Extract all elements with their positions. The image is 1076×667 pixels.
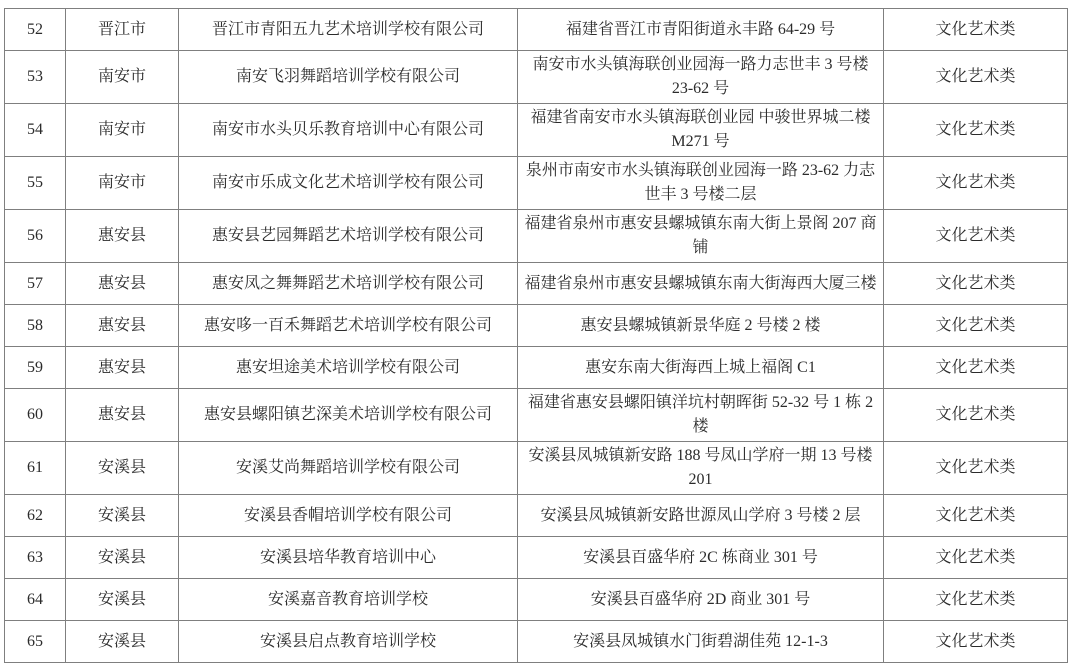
row-number-cell: 52 [5,9,66,51]
row-address-cell: 安溪县百盛华府 2C 栋商业 301 号 [518,537,884,579]
row-number-cell: 62 [5,495,66,537]
row-city-cell: 惠安县 [66,210,179,263]
row-category-cell: 文化艺术类 [884,263,1068,305]
table-row: 61 安溪县 安溪艾尚舞蹈培训学校有限公司 安溪县凤城镇新安路 188 号凤山学… [5,442,1068,495]
row-category-cell: 文化艺术类 [884,210,1068,263]
row-school-name-cell: 惠安坦途美术培训学校有限公司 [179,347,518,389]
row-number-cell: 54 [5,104,66,157]
table-row: 56 惠安县 惠安县艺园舞蹈艺术培训学校有限公司 福建省泉州市惠安县螺城镇东南大… [5,210,1068,263]
training-schools-table-container: 52 晋江市 晋江市青阳五九艺术培训学校有限公司 福建省晋江市青阳街道永丰路 6… [4,8,1067,663]
row-category-cell: 文化艺术类 [884,495,1068,537]
row-address-cell: 安溪县凤城镇新安路 188 号凤山学府一期 13 号楼 201 [518,442,884,495]
row-school-name-cell: 安溪县启点教育培训学校 [179,621,518,663]
row-category-cell: 文化艺术类 [884,157,1068,210]
row-number-cell: 57 [5,263,66,305]
row-city-cell: 安溪县 [66,495,179,537]
row-address-cell: 惠安东南大街海西上城上福阁 C1 [518,347,884,389]
row-school-name-cell: 惠安凤之舞舞蹈艺术培训学校有限公司 [179,263,518,305]
row-address-cell: 福建省南安市水头镇海联创业园 中骏世界城二楼 M271 号 [518,104,884,157]
table-row: 52 晋江市 晋江市青阳五九艺术培训学校有限公司 福建省晋江市青阳街道永丰路 6… [5,9,1068,51]
row-category-cell: 文化艺术类 [884,104,1068,157]
row-school-name-cell: 安溪艾尚舞蹈培训学校有限公司 [179,442,518,495]
row-city-cell: 南安市 [66,51,179,104]
table-row: 58 惠安县 惠安哆一百禾舞蹈艺术培训学校有限公司 惠安县螺城镇新景华庭 2 号… [5,305,1068,347]
row-city-cell: 南安市 [66,104,179,157]
table-row: 53 南安市 南安飞羽舞蹈培训学校有限公司 南安市水头镇海联创业园海一路力志世丰… [5,51,1068,104]
row-address-cell: 福建省晋江市青阳街道永丰路 64-29 号 [518,9,884,51]
row-number-cell: 59 [5,347,66,389]
row-category-cell: 文化艺术类 [884,51,1068,104]
row-number-cell: 53 [5,51,66,104]
row-city-cell: 安溪县 [66,442,179,495]
row-city-cell: 惠安县 [66,389,179,442]
row-school-name-cell: 南安飞羽舞蹈培训学校有限公司 [179,51,518,104]
row-category-cell: 文化艺术类 [884,305,1068,347]
row-category-cell: 文化艺术类 [884,347,1068,389]
row-address-cell: 福建省泉州市惠安县螺城镇东南大街海西大厦三楼 [518,263,884,305]
row-address-cell: 南安市水头镇海联创业园海一路力志世丰 3 号楼 23-62 号 [518,51,884,104]
training-schools-table: 52 晋江市 晋江市青阳五九艺术培训学校有限公司 福建省晋江市青阳街道永丰路 6… [4,8,1068,663]
row-category-cell: 文化艺术类 [884,9,1068,51]
row-number-cell: 58 [5,305,66,347]
row-address-cell: 福建省惠安县螺阳镇洋坑村朝晖街 52-32 号 1 栋 2 楼 [518,389,884,442]
row-city-cell: 南安市 [66,157,179,210]
table-row: 59 惠安县 惠安坦途美术培训学校有限公司 惠安东南大街海西上城上福阁 C1 文… [5,347,1068,389]
row-city-cell: 晋江市 [66,9,179,51]
row-number-cell: 61 [5,442,66,495]
row-school-name-cell: 安溪县香帽培训学校有限公司 [179,495,518,537]
row-city-cell: 惠安县 [66,263,179,305]
row-category-cell: 文化艺术类 [884,621,1068,663]
row-number-cell: 65 [5,621,66,663]
table-row: 57 惠安县 惠安凤之舞舞蹈艺术培训学校有限公司 福建省泉州市惠安县螺城镇东南大… [5,263,1068,305]
table-row: 60 惠安县 惠安县螺阳镇艺深美术培训学校有限公司 福建省惠安县螺阳镇洋坑村朝晖… [5,389,1068,442]
row-address-cell: 安溪县凤城镇新安路世源凤山学府 3 号楼 2 层 [518,495,884,537]
row-city-cell: 惠安县 [66,305,179,347]
row-school-name-cell: 晋江市青阳五九艺术培训学校有限公司 [179,9,518,51]
row-school-name-cell: 南安市水头贝乐教育培训中心有限公司 [179,104,518,157]
table-row: 55 南安市 南安市乐成文化艺术培训学校有限公司 泉州市南安市水头镇海联创业园海… [5,157,1068,210]
table-body: 52 晋江市 晋江市青阳五九艺术培训学校有限公司 福建省晋江市青阳街道永丰路 6… [5,9,1068,663]
row-city-cell: 安溪县 [66,621,179,663]
row-number-cell: 63 [5,537,66,579]
row-number-cell: 55 [5,157,66,210]
row-category-cell: 文化艺术类 [884,389,1068,442]
row-address-cell: 安溪县凤城镇水门街碧湖佳苑 12-1-3 [518,621,884,663]
row-address-cell: 安溪县百盛华府 2D 商业 301 号 [518,579,884,621]
row-school-name-cell: 惠安县艺园舞蹈艺术培训学校有限公司 [179,210,518,263]
row-address-cell: 泉州市南安市水头镇海联创业园海一路 23-62 力志世丰 3 号楼二层 [518,157,884,210]
table-row: 54 南安市 南安市水头贝乐教育培训中心有限公司 福建省南安市水头镇海联创业园 … [5,104,1068,157]
row-address-cell: 福建省泉州市惠安县螺城镇东南大街上景阁 207 商铺 [518,210,884,263]
row-number-cell: 60 [5,389,66,442]
row-city-cell: 安溪县 [66,537,179,579]
table-row: 65 安溪县 安溪县启点教育培训学校 安溪县凤城镇水门街碧湖佳苑 12-1-3 … [5,621,1068,663]
row-school-name-cell: 安溪县培华教育培训中心 [179,537,518,579]
table-row: 62 安溪县 安溪县香帽培训学校有限公司 安溪县凤城镇新安路世源凤山学府 3 号… [5,495,1068,537]
row-school-name-cell: 惠安哆一百禾舞蹈艺术培训学校有限公司 [179,305,518,347]
row-school-name-cell: 安溪嘉音教育培训学校 [179,579,518,621]
row-category-cell: 文化艺术类 [884,442,1068,495]
row-number-cell: 64 [5,579,66,621]
row-address-cell: 惠安县螺城镇新景华庭 2 号楼 2 楼 [518,305,884,347]
table-row: 63 安溪县 安溪县培华教育培训中心 安溪县百盛华府 2C 栋商业 301 号 … [5,537,1068,579]
row-school-name-cell: 南安市乐成文化艺术培训学校有限公司 [179,157,518,210]
row-city-cell: 安溪县 [66,579,179,621]
row-category-cell: 文化艺术类 [884,579,1068,621]
table-row: 64 安溪县 安溪嘉音教育培训学校 安溪县百盛华府 2D 商业 301 号 文化… [5,579,1068,621]
row-category-cell: 文化艺术类 [884,537,1068,579]
row-city-cell: 惠安县 [66,347,179,389]
row-number-cell: 56 [5,210,66,263]
row-school-name-cell: 惠安县螺阳镇艺深美术培训学校有限公司 [179,389,518,442]
